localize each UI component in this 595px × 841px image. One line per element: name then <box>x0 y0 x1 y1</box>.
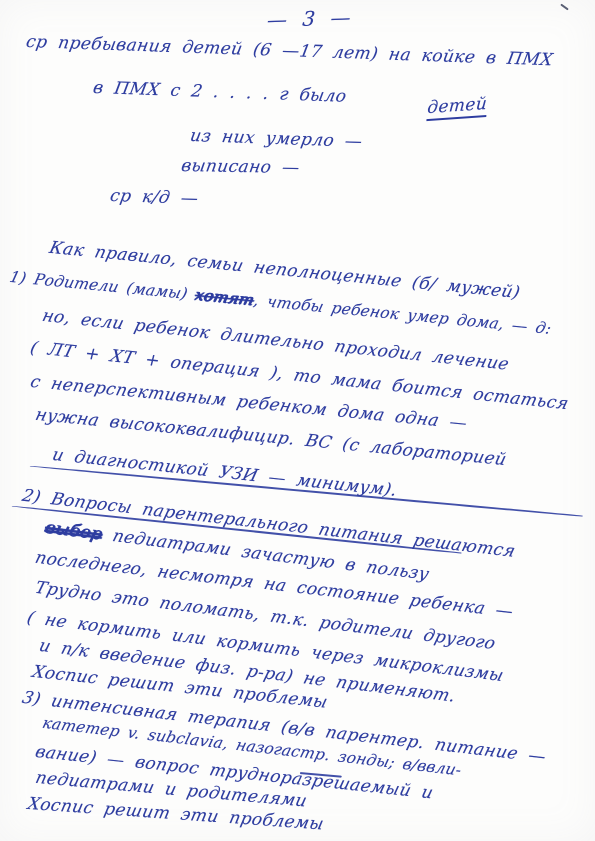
handwritten-line: ср к/д — <box>108 186 200 209</box>
handwritten-line: в ПМХ с 2 . . . . г было <box>91 78 348 107</box>
pen-mark-icon <box>560 4 569 11</box>
underlined-word: детей <box>426 94 487 121</box>
handwritten-line: детей <box>427 94 488 118</box>
scanned-handwritten-page: — 3 — ср пребывания детей (6 —17 лет) на… <box>0 0 595 841</box>
line-segment: 1) Родители (мамы) <box>8 268 198 304</box>
handwritten-line: выписано — <box>180 156 301 178</box>
overwritten-word: хотят <box>193 286 256 309</box>
struck-word: выбор <box>43 518 105 544</box>
handwritten-line: ср пребывания детей (6 —17 лет) на койке… <box>24 32 554 70</box>
handwritten-line: из них умерло — <box>188 126 364 152</box>
page-number: — 3 — <box>266 5 353 32</box>
